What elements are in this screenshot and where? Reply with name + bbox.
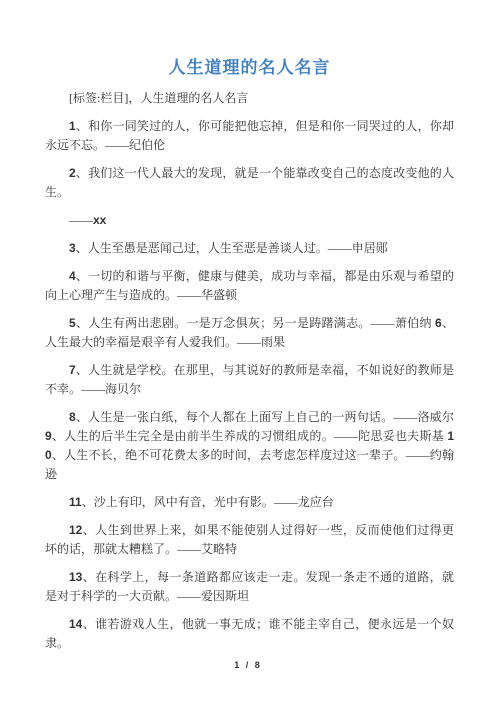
quote-paragraph-14: 14、谁若游戏人生，他就一事无成；谁不能主宰自己，便永远是一个奴隶。 (45, 615, 454, 653)
quote-paragraph-13: 13、在科学上，每一条道路都应该走一走。发现一条走不通的道路，就是对于科学的一大… (45, 568, 454, 606)
quote-paragraph-2: 2、我们这一代人最大的发现，就是一个能靠改变自己的态度改变他的人生。 (45, 164, 454, 202)
quote-paragraph-7: 7、人生就是学校。在那里，与其说好的教师是幸福，不如说好的教师是不幸。——海贝尔 (45, 361, 454, 399)
document-title: 人生道理的名人名言 (45, 56, 454, 80)
quote-paragraph-11: 11、沙上有印，风中有音，光中有影。——龙应台 (45, 493, 454, 512)
quote-attribution-xx: ——xx (45, 211, 454, 230)
quote-paragraph-12: 12、人生到世界上来，如果不能使别人过得好一些，反而使他们过得更坏的话，那就太糟… (45, 521, 454, 559)
quote-paragraph-5-6: 5、人生有两出悲剧。一是万念俱灰；另一是踌躇满志。——萧伯纳 6、人生最大的幸福… (45, 314, 454, 352)
quote-paragraph-3: 3、人生至愚是恶闻己过，人生至恶是善谈人过。——申居郧 (45, 239, 454, 258)
tag-line: [标签:栏目]，人生道理的名人名言 (45, 89, 454, 108)
quote-paragraph-4: 4、一切的和谐与平衡，健康与健美，成功与幸福，都是由乐观与希望的向上心理产生与造… (45, 267, 454, 305)
document-page: 人生道理的名人名言 [标签:栏目]，人生道理的名人名言 1、和你一同笑过的人，你… (0, 0, 496, 702)
page-indicator: 1 / 8 (0, 660, 496, 670)
quote-paragraph-1: 1、和你一同笑过的人，你可能把他忘掉，但是和你一同哭过的人，你却永远不忘。——纪… (45, 117, 454, 155)
quote-paragraph-8-9-10: 8、人生是一张白纸，每个人都在上面写上自己的一两句话。——洛威尔 9、人生的后半… (45, 408, 454, 484)
